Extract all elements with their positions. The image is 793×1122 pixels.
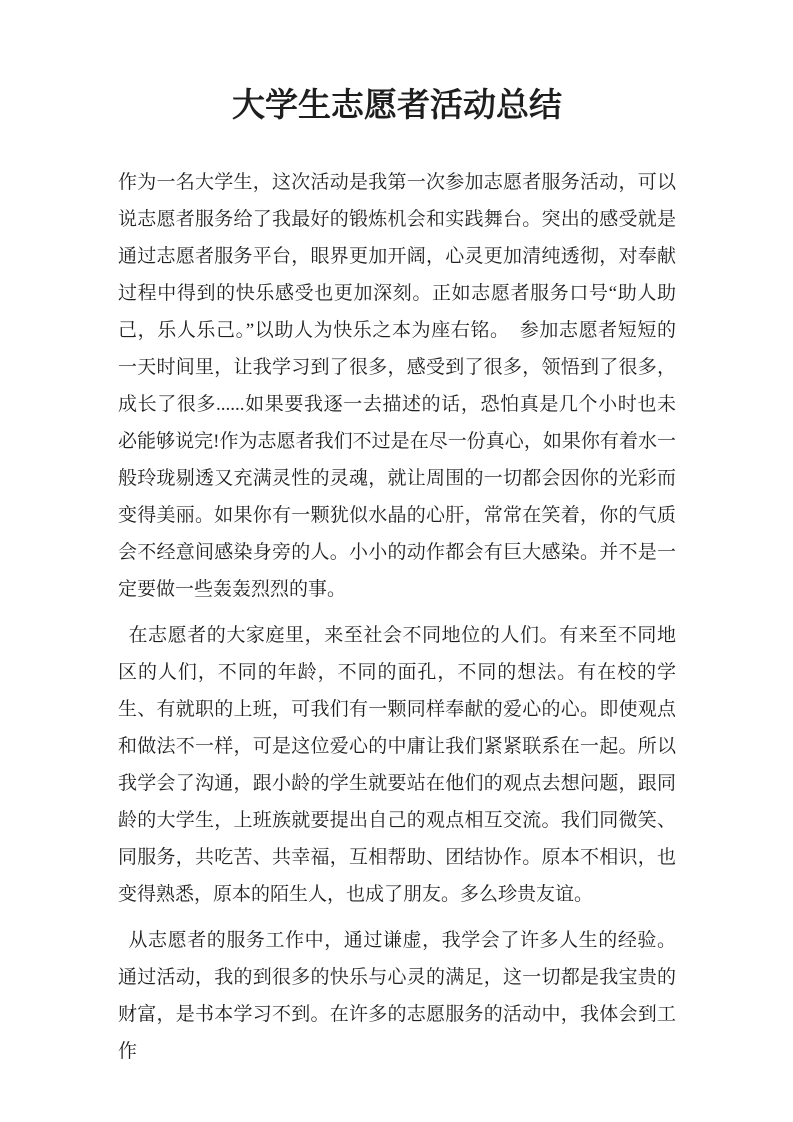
paragraph-1: 作为一名大学生，这次活动是我第一次参加志愿者服务活动，可以说志愿者服务给了我最好… (118, 164, 676, 608)
document-page: 大学生志愿者活动总结 作为一名大学生，这次活动是我第一次参加志愿者服务活动，可以… (0, 0, 793, 1122)
document-title: 大学生志愿者活动总结 (118, 84, 676, 128)
paragraph-2: 在志愿者的大家庭里，来至社会不同地位的人们。有来至不同地区的人们，不同的年龄，不… (118, 617, 676, 913)
paragraph-3: 从志愿者的服务工作中，通过谦虚，我学会了许多人生的经验。通过活动，我的到很多的快… (118, 922, 676, 1070)
